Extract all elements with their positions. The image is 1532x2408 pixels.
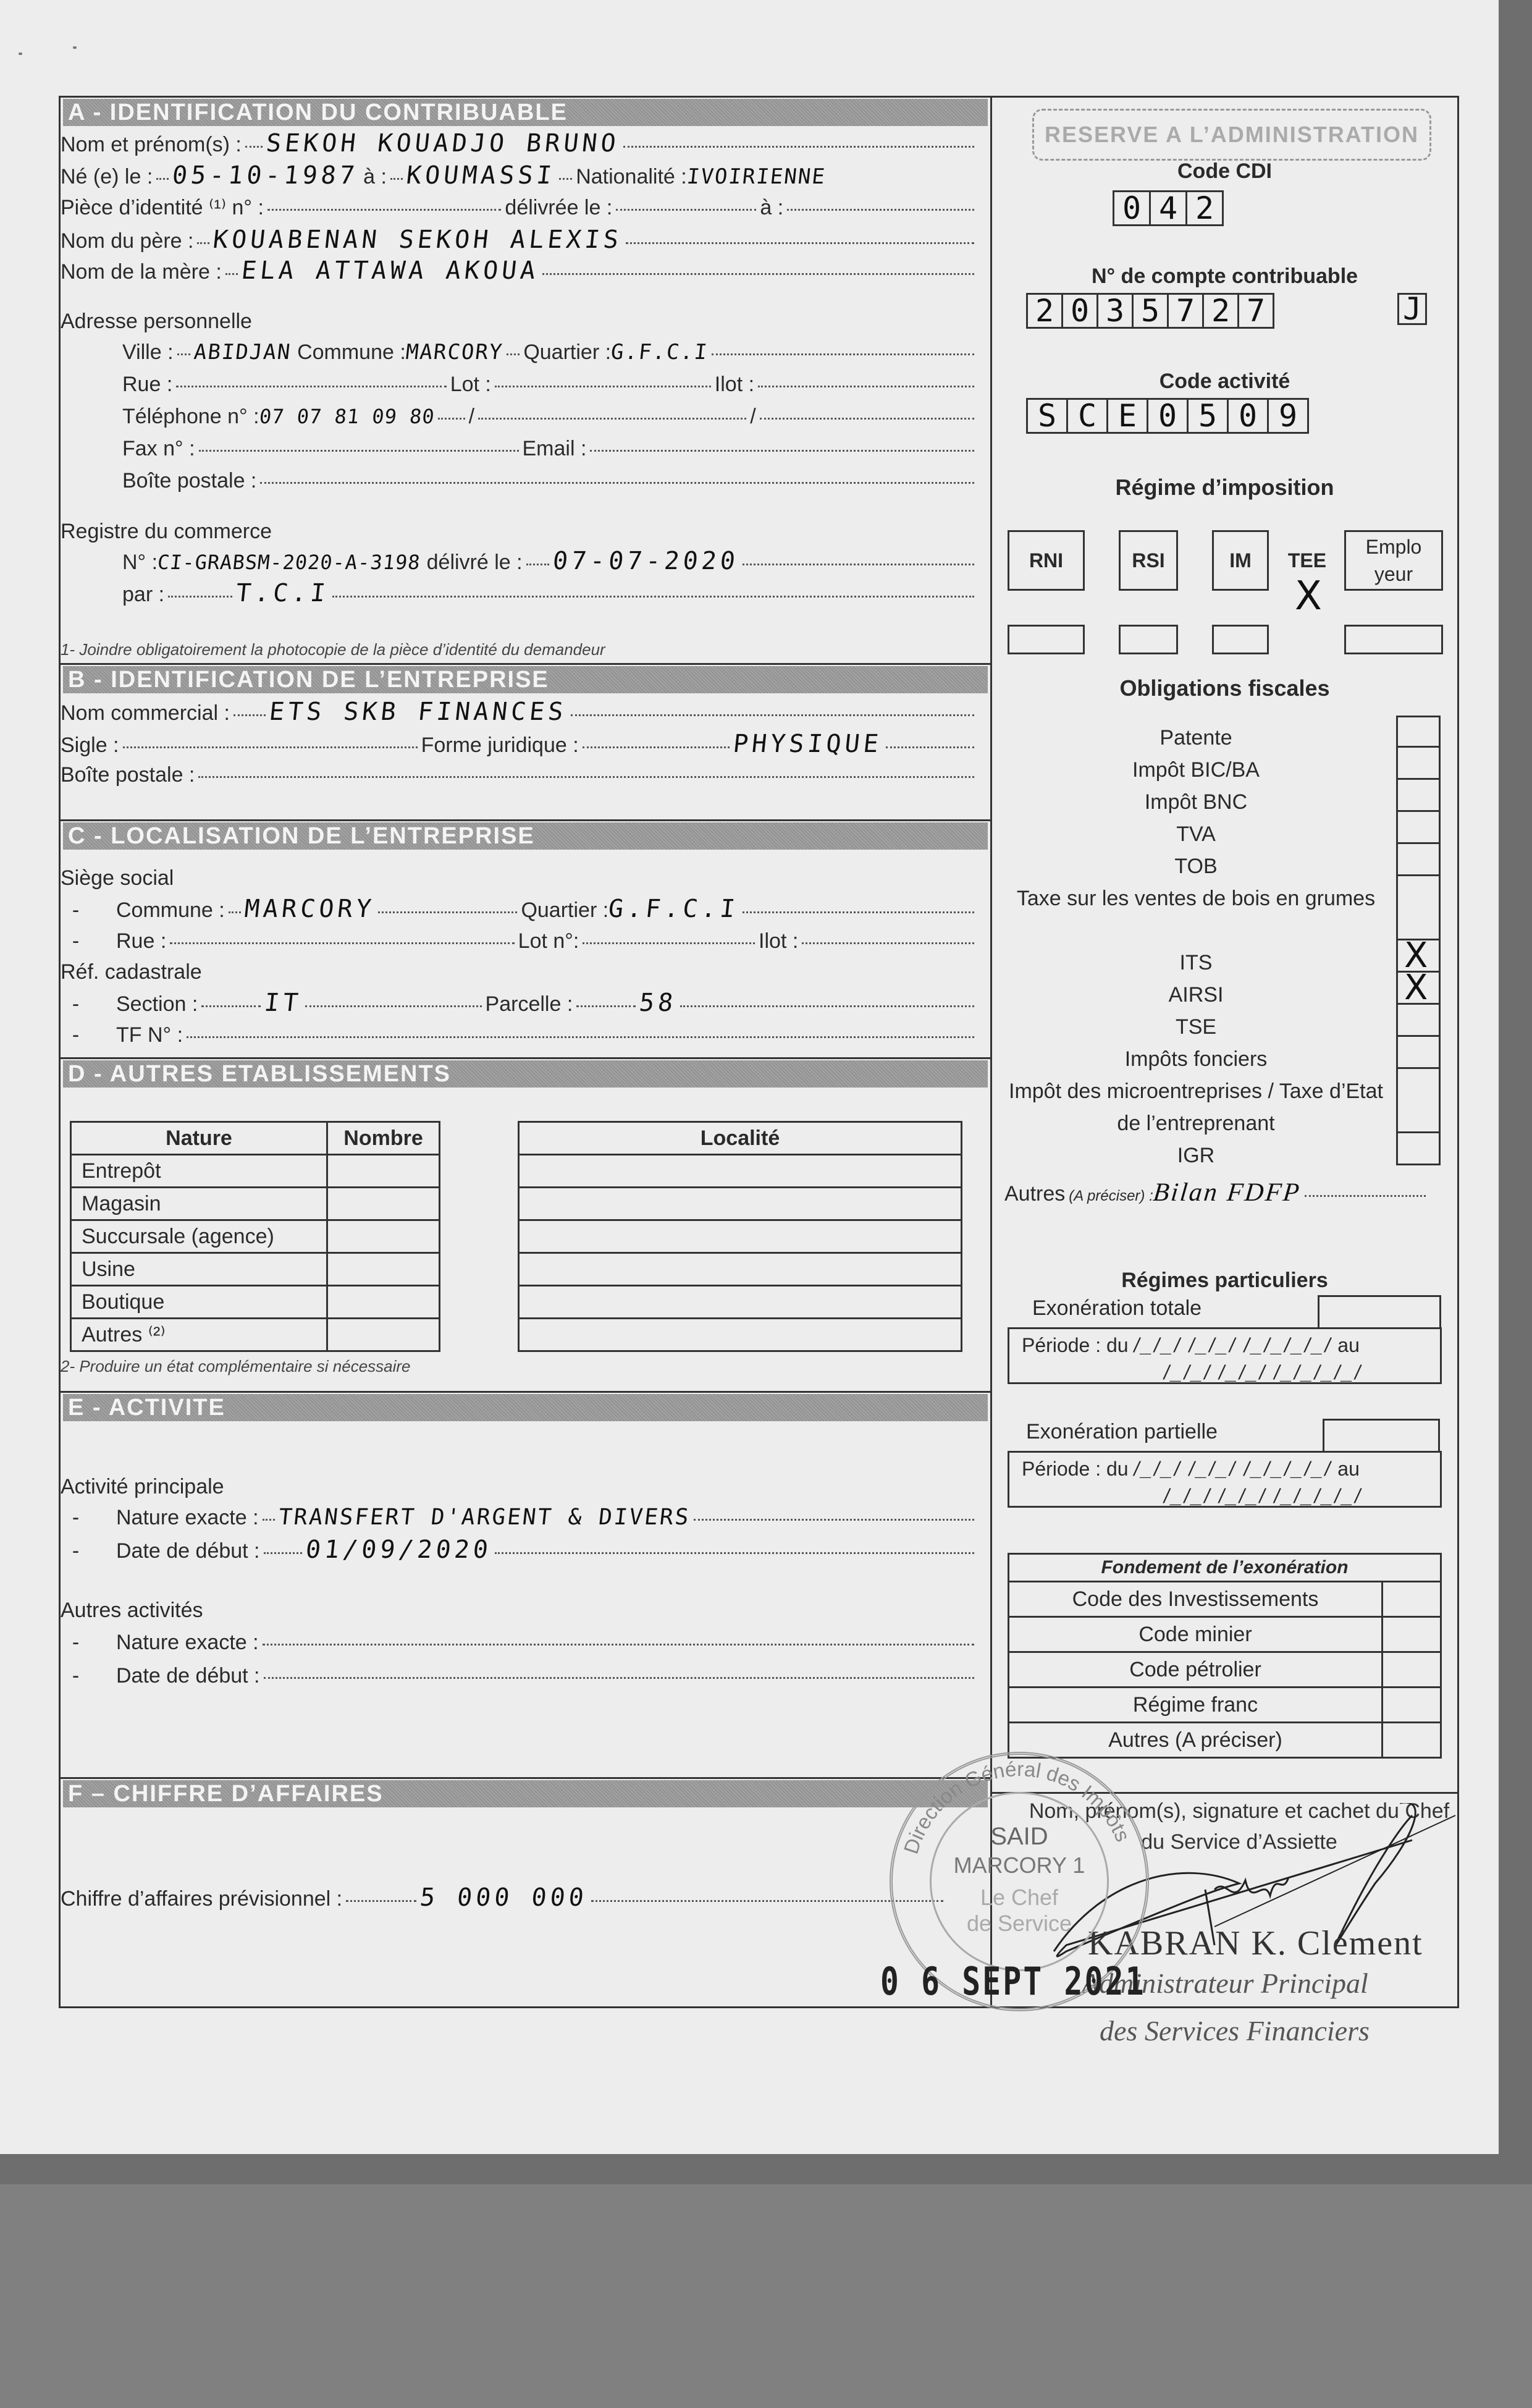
value-section: IT — [263, 989, 303, 1016]
col-nombre: Nombre — [327, 1122, 440, 1155]
fondement-title: Fondement de l’exonération — [1009, 1554, 1441, 1582]
value-siege-quartier: G.F.C.I — [607, 895, 740, 923]
exoneration-totale-label: Exonération totale — [1032, 1296, 1202, 1320]
regime-rni-label: RNI — [1008, 530, 1085, 591]
obligation-label: Impôts fonciers — [992, 1043, 1400, 1075]
value-nom-commercial: ETS SKB FINANCES — [268, 698, 568, 725]
scan-speck — [19, 53, 22, 55]
etablissement-row: Boutique — [71, 1286, 440, 1319]
footnote-1: 1- Joindre obligatoirement la photocopie… — [61, 640, 605, 659]
adresse-title: Adresse personnelle — [61, 308, 252, 335]
label-fax: Fax n° : — [122, 435, 195, 462]
exoneration-partielle-checkbox[interactable] — [1323, 1419, 1440, 1452]
field-nature-exacte[interactable]: - Nature exacte : TRANSFERT D'ARGENT & D… — [61, 1504, 978, 1531]
label-nature-exacte: Nature exacte : — [116, 1504, 259, 1531]
compte-key-box[interactable]: J — [1397, 293, 1427, 325]
obligation-checkbox[interactable] — [1396, 780, 1441, 812]
label-parcelle: Parcelle : — [486, 991, 573, 1018]
obligation-checkbox[interactable] — [1396, 812, 1441, 844]
stamp-line1: Le Chef — [893, 1885, 1146, 1911]
compte-box[interactable]: 0 — [1061, 293, 1098, 329]
scanner-edge-bottom — [0, 2154, 1532, 2184]
tel-separator: / — [750, 403, 755, 430]
periode-du-value: /_/_/ /_/_/ /_/_/_/_/ — [1134, 1334, 1332, 1356]
label-rc-par: par : — [122, 581, 164, 608]
compte-box[interactable]: 3 — [1096, 293, 1134, 329]
value-autres-obligations: Bilan FDFP — [1151, 1179, 1302, 1206]
label-rc-num: N° : — [122, 549, 158, 576]
field-rue[interactable]: Rue : Lot : Ilot : — [61, 371, 978, 398]
field-rc-numero[interactable]: N° : CI-GRABSM-2020-A-3198 délivré le : … — [61, 547, 978, 576]
etablissement-nature: Magasin — [71, 1188, 327, 1220]
obligation-label: Impôt BNC — [992, 786, 1400, 818]
regimes-particuliers-title: Régimes particuliers — [992, 1269, 1457, 1293]
fondement-label: Code des Investissements — [1009, 1582, 1383, 1617]
section-d: D - AUTRES ETABLISSEMENTS Nature Nombre … — [61, 1057, 990, 1391]
stamp-office: SAID — [893, 1823, 1146, 1851]
fondement-row: Code minier — [1009, 1617, 1441, 1652]
etablissement-nombre[interactable] — [327, 1253, 440, 1286]
value-nature-exacte: TRANSFERT D'ARGENT & DIVERS — [277, 1504, 691, 1531]
obligation-label: Taxe sur les ventes de bois en grumes — [992, 882, 1400, 915]
regime-imposition-title: Régime d’imposition — [992, 475, 1457, 501]
field-date-debut[interactable]: - Date de début : 01/09/2020 — [61, 1536, 978, 1565]
etablissement-row: Autres ⁽²⁾ — [71, 1319, 440, 1351]
compte-contribuable-boxes[interactable]: 2035727 — [1026, 293, 1274, 329]
obligation-checkbox[interactable] — [1396, 876, 1441, 940]
field-rc-par[interactable]: par : T.C.I — [61, 580, 978, 608]
field-pere[interactable]: Nom du père : KOUABENAN SEKOH ALEXIS — [61, 226, 978, 255]
exoneration-totale-periode[interactable]: Période : du /_/_/ /_/_/ /_/_/_/_/ au /_… — [1008, 1327, 1442, 1384]
etablissement-row: Usine — [71, 1253, 440, 1286]
date-stamp: 0 6 SEPT 2021 — [880, 1959, 1146, 2004]
obligation-checkbox[interactable] — [1396, 1037, 1441, 1069]
autres-activites-title: Autres activités — [61, 1597, 203, 1624]
label-lot: Lot : — [450, 371, 491, 398]
label-quartier: Quartier : — [523, 339, 611, 366]
scan-speck — [73, 46, 77, 49]
value-rc-delivre: 07-07-2020 — [552, 547, 740, 575]
value-ville: ABIDJAN — [192, 339, 292, 366]
localite-cell[interactable] — [519, 1286, 962, 1319]
field-siege-rue[interactable]: - Rue : Lot n°: Ilot : — [61, 927, 978, 955]
field-boite-postale[interactable]: Boîte postale : — [61, 467, 978, 494]
exoneration-partielle-periode[interactable]: Période : du /_/_/ /_/_/ /_/_/_/_/ au /_… — [1008, 1451, 1442, 1508]
activite-principale-title: Activité principale — [61, 1473, 224, 1500]
regime-im-checkbox[interactable] — [1212, 625, 1269, 654]
label-siege-commune: Commune : — [116, 897, 225, 924]
admin-column: RESERVE A L’ADMINISTRATION Code CDI 042 … — [992, 98, 1457, 2006]
fondement-checkbox[interactable] — [1383, 1688, 1441, 1723]
localite-cell[interactable] — [519, 1188, 962, 1220]
label-sigle: Sigle : — [61, 732, 119, 759]
fondement-checkbox[interactable] — [1383, 1723, 1441, 1758]
field-ville[interactable]: Ville : ABIDJAN Commune : MARCORY Quarti… — [61, 339, 978, 366]
etablissement-nature: Succursale (agence) — [71, 1220, 327, 1253]
scanner-edge-right — [1499, 0, 1532, 2184]
declaration-form: A - IDENTIFICATION DU CONTRIBUABLE Nom e… — [59, 96, 1459, 2008]
etablissement-nature: Entrepôt — [71, 1155, 327, 1188]
periode-au-label: au — [1337, 1334, 1360, 1356]
compte-box[interactable]: 7 — [1167, 293, 1204, 329]
label-siege-ilot: Ilot : — [759, 927, 798, 955]
label-ne: Né (e) le : — [61, 163, 153, 190]
code-activite-box[interactable]: 0 — [1147, 398, 1189, 434]
label-section: Section : — [116, 991, 198, 1018]
tel-separator: / — [469, 403, 474, 430]
localite-cell[interactable] — [519, 1319, 962, 1351]
siege-title: Siège social — [61, 864, 174, 892]
label-commune: Commune : — [297, 339, 406, 366]
fondement-checkbox[interactable] — [1383, 1652, 1441, 1688]
etablissement-nombre[interactable] — [327, 1319, 440, 1351]
label-rc-delivre: délivré le : — [427, 549, 523, 576]
obligation-checkbox[interactable] — [1396, 716, 1441, 748]
compte-box[interactable]: 2 — [1026, 293, 1063, 329]
obligation-label: AIRSI — [992, 979, 1400, 1011]
value-ne: 05-10-1987 — [171, 162, 360, 189]
label-date-debut: Date de début : — [116, 1537, 260, 1565]
localite-row — [519, 1220, 962, 1253]
label-ilot: Ilot : — [715, 371, 754, 398]
obligation-label: TVA — [992, 818, 1400, 850]
label-delivree: délivrée le : — [505, 194, 612, 221]
obligation-checkbox[interactable] — [1396, 748, 1441, 780]
value-rc-par: T.C.I — [235, 580, 330, 607]
etablissement-nature: Usine — [71, 1253, 327, 1286]
localite-cell[interactable] — [519, 1220, 962, 1253]
localite-table: Localité — [518, 1121, 962, 1352]
code-activite-box[interactable]: 5 — [1187, 398, 1229, 434]
scanned-paper: A - IDENTIFICATION DU CONTRIBUABLE Nom e… — [0, 0, 1499, 2154]
label-lieu: à : — [363, 163, 387, 190]
field-chiffre-affaires[interactable]: Chiffre d’affaires prévisionnel : 5 000 … — [61, 1884, 947, 1912]
label-tf: TF N° : — [116, 1021, 183, 1049]
col-nature: Nature — [71, 1122, 327, 1155]
obligation-label: Patente — [992, 722, 1400, 754]
regime-rsi-checkbox[interactable] — [1119, 625, 1178, 654]
etablissement-nombre[interactable] — [327, 1188, 440, 1220]
regime-tee-mark[interactable]: X — [1295, 573, 1322, 619]
value-nom: SEKOH KOUADJO BRUNO — [265, 130, 621, 157]
exoneration-partielle-label: Exonération partielle — [1026, 1420, 1218, 1444]
localite-row — [519, 1286, 962, 1319]
compte-box[interactable]: 2 — [1202, 293, 1239, 329]
label-rue: Rue : — [122, 371, 172, 398]
field-siege-commune[interactable]: - Commune : MARCORY Quartier : G.F.C.I — [61, 895, 978, 924]
label-entreprise-bp: Boîte postale : — [61, 761, 195, 788]
field-autres-obligations[interactable]: Autres (A préciser) : Bilan FDFP — [1004, 1179, 1429, 1210]
regime-employeur-label: Employeur — [1344, 530, 1443, 591]
etablissement-nature: Boutique — [71, 1286, 327, 1319]
periode-du-label: Période : du — [1022, 1334, 1129, 1356]
obligation-checkbox[interactable] — [1396, 1069, 1441, 1133]
label-forme-juridique: Forme juridique : — [421, 732, 579, 759]
fondement-label: Autres (A préciser) — [1009, 1723, 1383, 1758]
code-cdi-label: Code CDI — [992, 159, 1457, 184]
fondement-checkbox[interactable] — [1383, 1617, 1441, 1652]
localite-row — [519, 1319, 962, 1351]
code-activite-box[interactable]: S — [1026, 398, 1068, 434]
code-activite-box[interactable]: E — [1106, 398, 1148, 434]
stamp-line2: de Service — [893, 1911, 1146, 1937]
label-pere: Nom du père : — [61, 227, 193, 255]
exoneration-totale-checkbox[interactable] — [1318, 1295, 1441, 1329]
section-c: C - LOCALISATION DE L’ENTREPRISE Siège s… — [61, 819, 990, 1057]
field-autres-nature[interactable]: - Nature exacte : — [61, 1629, 978, 1656]
periode-au-value: /_/_/ /_/_/ /_/_/_/_/ — [1164, 1359, 1362, 1386]
code-activite-label: Code activité — [992, 370, 1457, 394]
etablissement-row: Entrepôt — [71, 1155, 440, 1188]
code-activite-box[interactable]: 9 — [1267, 398, 1309, 434]
regime-im-label: IM — [1212, 530, 1269, 591]
cadastre-title: Réf. cadastrale — [61, 958, 202, 986]
label-autres-obligations: Autres — [1004, 1180, 1065, 1207]
fondement-row: Autres (A préciser) — [1009, 1723, 1441, 1758]
label-email: Email : — [523, 435, 587, 462]
signatory-role-continued: des Services Financiers — [1100, 2011, 1370, 2051]
code-activite-box[interactable]: C — [1066, 398, 1108, 434]
compte-box[interactable]: 5 — [1132, 293, 1169, 329]
obligation-label: IGR — [992, 1139, 1400, 1172]
label-piece: Pièce d’identité ⁽¹⁾ n° : — [61, 194, 264, 221]
label-bp: Boîte postale : — [122, 467, 256, 494]
obligation-label: TOB — [992, 850, 1400, 882]
etablissement-row: Magasin — [71, 1188, 440, 1220]
value-telephone: 07 07 81 09 80 — [258, 403, 436, 430]
label-siege-quartier: Quartier : — [521, 897, 608, 924]
fondement-label: Régime franc — [1009, 1688, 1383, 1723]
label-nom: Nom et prénom(s) : — [61, 131, 242, 158]
field-nom-commercial[interactable]: Nom commercial : ETS SKB FINANCES — [61, 698, 978, 727]
value-parcelle: 58 — [638, 989, 678, 1016]
regime-rni-checkbox[interactable] — [1008, 625, 1085, 654]
code-activite-box[interactable]: 0 — [1227, 398, 1269, 434]
obligation-label: TSE — [992, 1011, 1400, 1043]
value-commune: MARCORY — [404, 339, 504, 366]
label-siege-lot: Lot n°: — [518, 927, 579, 955]
code-cdi-box[interactable]: 0 — [1113, 190, 1151, 226]
admin-reserved-header: RESERVE A L’ADMINISTRATION — [1032, 109, 1431, 161]
localite-cell[interactable] — [519, 1155, 962, 1188]
section-c-title: C - LOCALISATION DE L’ENTREPRISE — [63, 822, 988, 850]
code-cdi-boxes[interactable]: 042 — [1113, 190, 1224, 226]
periode-du-label: Période : du — [1022, 1458, 1129, 1480]
section-b-title: B - IDENTIFICATION DE L’ENTREPRISE — [63, 666, 988, 693]
value-quartier: G.F.C.I — [610, 339, 710, 366]
field-naissance[interactable]: Né (e) le : 05-10-1987 à : KOUMASSI Nati… — [61, 162, 978, 190]
etablissements-table: Nature Nombre EntrepôtMagasinSuccursale … — [70, 1121, 440, 1352]
section-d-title: D - AUTRES ETABLISSEMENTS — [63, 1060, 988, 1088]
fondement-checkbox[interactable] — [1383, 1582, 1441, 1617]
registre-title: Registre du commerce — [61, 518, 272, 545]
etablissement-row: Succursale (agence) — [71, 1220, 440, 1253]
etablissement-nombre[interactable] — [327, 1220, 440, 1253]
obligation-checkbox[interactable] — [1396, 1005, 1441, 1037]
field-telephone[interactable]: Téléphone n° : 07 07 81 09 80 / / — [61, 403, 978, 430]
value-lieu: KOUMASSI — [405, 162, 557, 189]
left-column: A - IDENTIFICATION DU CONTRIBUABLE Nom e… — [61, 98, 992, 2006]
regime-rsi-label: RSI — [1119, 530, 1178, 591]
label-autres-date: Date de début : — [116, 1662, 260, 1689]
section-e: E - ACTIVITE Activité principale - Natur… — [61, 1391, 990, 1777]
obligations-fiscales-title: Obligations fiscales — [992, 675, 1457, 701]
localite-row — [519, 1155, 962, 1188]
fondement-row: Régime franc — [1009, 1688, 1441, 1723]
label-autres-nature: Nature exacte : — [116, 1629, 259, 1656]
label-mere: Nom de la mère : — [61, 258, 222, 285]
label-ville: Ville : — [122, 339, 174, 366]
field-sigle[interactable]: Sigle : Forme juridique : PHYSIQUE — [61, 730, 978, 759]
hint-a-preciser: (A préciser) : — [1069, 1183, 1153, 1210]
section-a-title: A - IDENTIFICATION DU CONTRIBUABLE — [63, 99, 988, 126]
obligations-checkbox-column: XX — [1396, 716, 1441, 1165]
value-forme-juridique: PHYSIQUE — [732, 730, 883, 758]
field-piece-identite[interactable]: Pièce d’identité ⁽¹⁾ n° : délivrée le : … — [61, 194, 978, 221]
section-f: F – CHIFFRE D’AFFAIRES Chiffre d’affaire… — [61, 1777, 990, 2010]
col-localite: Localité — [519, 1122, 962, 1155]
regime-employeur-checkbox[interactable] — [1344, 625, 1443, 654]
code-activite-boxes[interactable]: SCE0509 — [1026, 398, 1309, 434]
field-mere[interactable]: Nom de la mère : ELA ATTAWA AKOUA — [61, 257, 978, 285]
label-nom-commercial: Nom commercial : — [61, 699, 230, 727]
fondement-row: Code pétrolier — [1009, 1652, 1441, 1688]
field-fax[interactable]: Fax n° : Email : — [61, 435, 978, 462]
field-nom[interactable]: Nom et prénom(s) : SEKOH KOUADJO BRUNO — [61, 130, 978, 158]
compte-contribuable-label: N° de compte contribuable — [992, 264, 1457, 289]
obligation-checkbox[interactable]: X — [1396, 973, 1441, 1005]
localite-cell[interactable] — [519, 1253, 962, 1286]
obligation-label: ITS — [992, 947, 1400, 979]
value-nationalite: IVOIRIENNE — [685, 163, 827, 190]
fondement-label: Code pétrolier — [1009, 1652, 1383, 1688]
value-rc-num: CI-GRABSM-2020-A-3198 — [156, 549, 422, 576]
code-cdi-box[interactable]: 2 — [1185, 190, 1224, 226]
label-nationalite: Nationalité : — [576, 163, 687, 190]
etablissement-nombre[interactable] — [327, 1286, 440, 1319]
label-siege-rue: Rue : — [116, 927, 166, 955]
periode-au-label: au — [1337, 1458, 1360, 1480]
fondement-row: Code des Investissements — [1009, 1582, 1441, 1617]
check-mark-icon: X — [1404, 968, 1428, 1008]
field-tf[interactable]: - TF N° : — [61, 1021, 978, 1049]
fondement-exoneration-table: Fondement de l’exonération Code des Inve… — [1008, 1553, 1442, 1759]
value-pere: KOUABENAN SEKOH ALEXIS — [212, 226, 623, 253]
section-e-title: E - ACTIVITE — [63, 1394, 988, 1421]
obligation-label: Impôt BIC/BA — [992, 754, 1400, 786]
periode-du-value: /_/_/ /_/_/ /_/_/_/_/ — [1134, 1458, 1332, 1480]
localite-row — [519, 1188, 962, 1220]
label-piece-lieu: à : — [760, 194, 783, 221]
label-chiffre-affaires: Chiffre d’affaires prévisionnel : — [61, 1885, 342, 1912]
section-f-title: F – CHIFFRE D’AFFAIRES — [63, 1780, 988, 1807]
compte-box[interactable]: 7 — [1237, 293, 1274, 329]
label-telephone: Téléphone n° : — [122, 403, 259, 430]
etablissement-nature: Autres ⁽²⁾ — [71, 1319, 327, 1351]
etablissement-nombre[interactable] — [327, 1155, 440, 1188]
value-siege-commune: MARCORY — [243, 895, 376, 923]
fondement-label: Code minier — [1009, 1617, 1383, 1652]
obligation-checkbox[interactable] — [1396, 844, 1441, 876]
stamp-commune: MARCORY 1 — [893, 1852, 1146, 1878]
section-a: A - IDENTIFICATION DU CONTRIBUABLE Nom e… — [61, 98, 990, 666]
obligation-checkbox[interactable] — [1396, 1133, 1441, 1165]
footnote-2: 2- Produire un état complémentaire si né… — [61, 1357, 411, 1376]
obligation-label: Impôt des microentreprises / Taxe d’Etat… — [992, 1075, 1400, 1139]
value-date-debut: 01/09/2020 — [304, 1536, 492, 1563]
field-autres-date[interactable]: - Date de début : — [61, 1662, 978, 1689]
localite-row — [519, 1253, 962, 1286]
field-section[interactable]: - Section : IT Parcelle : 58 — [61, 989, 978, 1018]
value-mere: ELA ATTAWA AKOUA — [240, 257, 540, 284]
value-chiffre-affaires: 5 000 000 — [419, 1884, 589, 1911]
section-b: B - IDENTIFICATION DE L’ENTREPRISE Nom c… — [61, 663, 990, 771]
code-cdi-box[interactable]: 4 — [1149, 190, 1187, 226]
field-entreprise-bp[interactable]: Boîte postale : — [61, 761, 978, 788]
periode-au-value: /_/_/ /_/_/ /_/_/_/_/ — [1164, 1482, 1362, 1510]
